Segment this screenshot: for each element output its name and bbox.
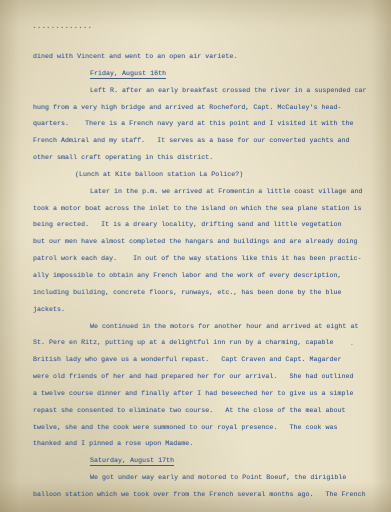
text-line: were old friends of her and had prepared… [33, 369, 385, 386]
text-line: thanked and I pinned a rose upon Madame. [33, 436, 385, 453]
text-line: British lady who gave us a wonderful rep… [33, 352, 385, 369]
text-line: being erected. It is a dreary locality, … [33, 217, 385, 234]
date-heading-text: Saturday, August 17th [90, 457, 174, 466]
text-line: twelve, she and the cook were summoned t… [33, 420, 385, 437]
scanned-page: ▪▪▪▪▪▪▪▪▪▪▪▪▪ dined with Vincent and wen… [0, 0, 391, 512]
text-line: a twelve course dinner and finally after… [33, 386, 385, 403]
text-line: dined with Vincent and went to an open a… [33, 49, 385, 66]
text-line: St. Pere en Ritz, putting up at a deligh… [33, 335, 385, 352]
text-line: Left R. after an early breakfast crossed… [33, 83, 385, 100]
text-line: patrol work each day. In out of the way … [33, 251, 385, 268]
text-line: quarters. There is a French navy yard at… [33, 116, 385, 133]
text-line: including building, concrete floors, run… [33, 285, 385, 302]
text-line: ally impossible to obtain any French lab… [33, 268, 385, 285]
text-line: (Lunch at Kite balloon station La Police… [33, 167, 385, 184]
text-line: other small craft operating in this dist… [33, 150, 385, 167]
text-line: repast she consented to eliminate two co… [33, 403, 385, 420]
text-line: French Admiral and my staff. It serves a… [33, 133, 385, 150]
text-line: took a motor boat across the inlet to th… [33, 201, 385, 218]
text-line: balloon station which we took over from … [33, 487, 385, 504]
perforation-dots: ▪▪▪▪▪▪▪▪▪▪▪▪▪ [33, 25, 93, 31]
date-heading: Saturday, August 17th [33, 453, 385, 470]
date-heading-text: Friday, August 16th [90, 70, 166, 79]
text-line: We continued in the motors for another h… [33, 319, 385, 336]
date-heading: Friday, August 16th [33, 66, 385, 83]
text-line: We got under way early and motored to Po… [33, 470, 385, 487]
text-line: but our men have almost completed the ha… [33, 234, 385, 251]
text-line: hung from a very high bridge and arrived… [33, 100, 385, 117]
document-body: dined with Vincent and went to an open a… [33, 49, 385, 504]
text-line: Later in the p.m. we arrived at Fromenti… [33, 184, 385, 201]
text-line: jackets. [33, 302, 385, 319]
